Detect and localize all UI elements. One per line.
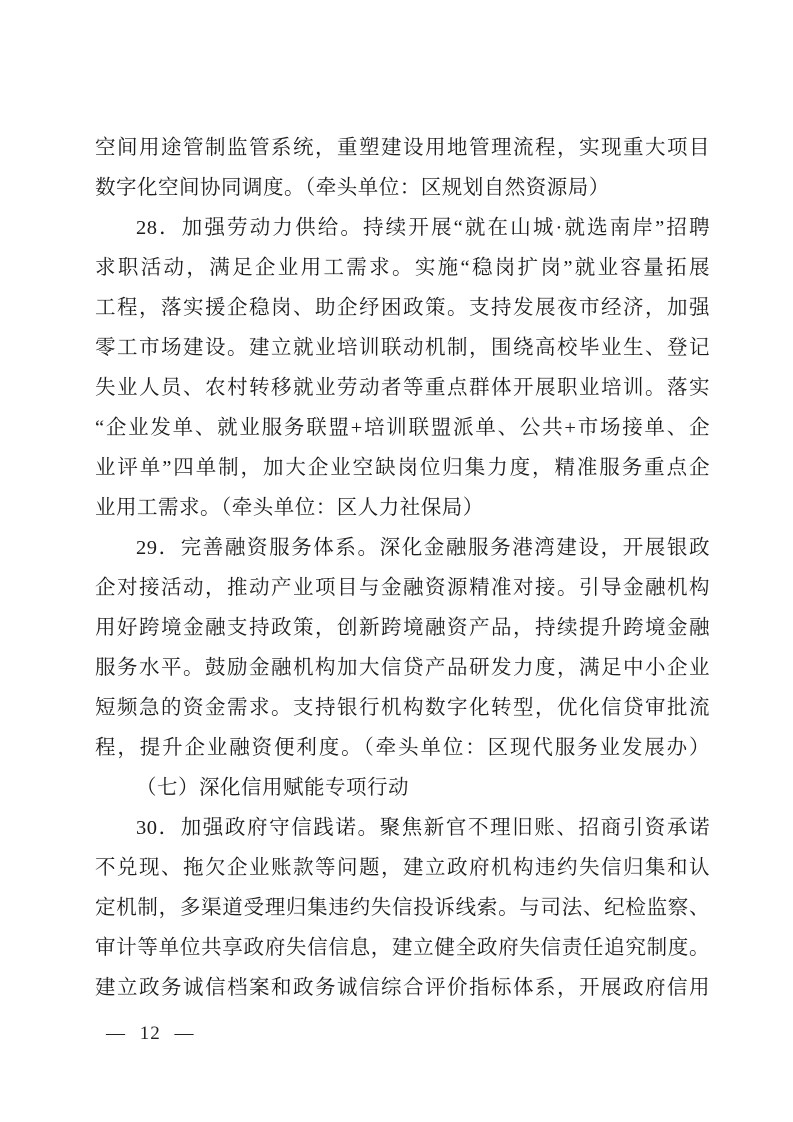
text-line: 程，提升企业融资便利度。（牵头单位：区现代服务业发展办） <box>95 728 710 768</box>
text-line: 定机制，多渠道受理归集违约失信投诉线索。与司法、纪检监察、 <box>95 888 710 928</box>
text-line: 零工市场建设。建立就业培训联动机制，围绕高校毕业生、登记 <box>95 328 710 368</box>
text-line: 服务水平。鼓励金融机构加大信贷产品研发力度，满足中小企业 <box>95 648 710 688</box>
text-line: 用好跨境金融支持政策，创新跨境融资产品，持续提升跨境金融 <box>95 608 710 648</box>
text-line: 业评单”四单制，加大企业空缺岗位归集力度，精准服务重点企 <box>95 448 710 488</box>
page-number: — 12 — <box>106 1018 195 1050</box>
text-line: 短频急的资金需求。支持银行机构数字化转型，优化信贷审批流 <box>95 688 710 728</box>
text-line: 不兑现、拖欠企业账款等问题，建立政府机构违约失信归集和认 <box>95 848 710 888</box>
text-line: 30．加强政府守信践诺。聚焦新官不理旧账、招商引资承诺 <box>95 808 710 848</box>
text-line: 空间用途管制监管系统，重塑建设用地管理流程，实现重大项目 <box>95 128 710 168</box>
text-line: 工程，落实援企稳岗、助企纾困政策。支持发展夜市经济，加强 <box>95 288 710 328</box>
text-line: 求职活动，满足企业用工需求。实施“稳岗扩岗”就业容量拓展 <box>95 248 710 288</box>
text-line: 数字化空间协同调度。（牵头单位：区规划自然资源局） <box>95 168 710 208</box>
text-line: （七）深化信用赋能专项行动 <box>95 768 710 808</box>
text-line: 业用工需求。（牵头单位：区人力社保局） <box>95 488 710 528</box>
document-page: 空间用途管制监管系统，重塑建设用地管理流程，实现重大项目数字化空间协同调度。（牵… <box>0 0 793 1122</box>
text-line: 28．加强劳动力供给。持续开展“就在山城·就选南岸”招聘 <box>95 208 710 248</box>
text-line: 企对接活动，推动产业项目与金融资源精准对接。引导金融机构 <box>95 568 710 608</box>
text-line: 29．完善融资服务体系。深化金融服务港湾建设，开展银政 <box>95 528 710 568</box>
text-line: 审计等单位共享政府失信信息，建立健全政府失信责任追究制度。 <box>95 928 710 968</box>
text-line: 建立政务诚信档案和政务诚信综合评价指标体系，开展政府信用 <box>95 968 710 1008</box>
text-line: 失业人员、农村转移就业劳动者等重点群体开展职业培训。落实 <box>95 368 710 408</box>
document-body: 空间用途管制监管系统，重塑建设用地管理流程，实现重大项目数字化空间协同调度。（牵… <box>95 128 710 1008</box>
text-line: “企业发单、就业服务联盟+培训联盟派单、公共+市场接单、企 <box>95 408 710 448</box>
